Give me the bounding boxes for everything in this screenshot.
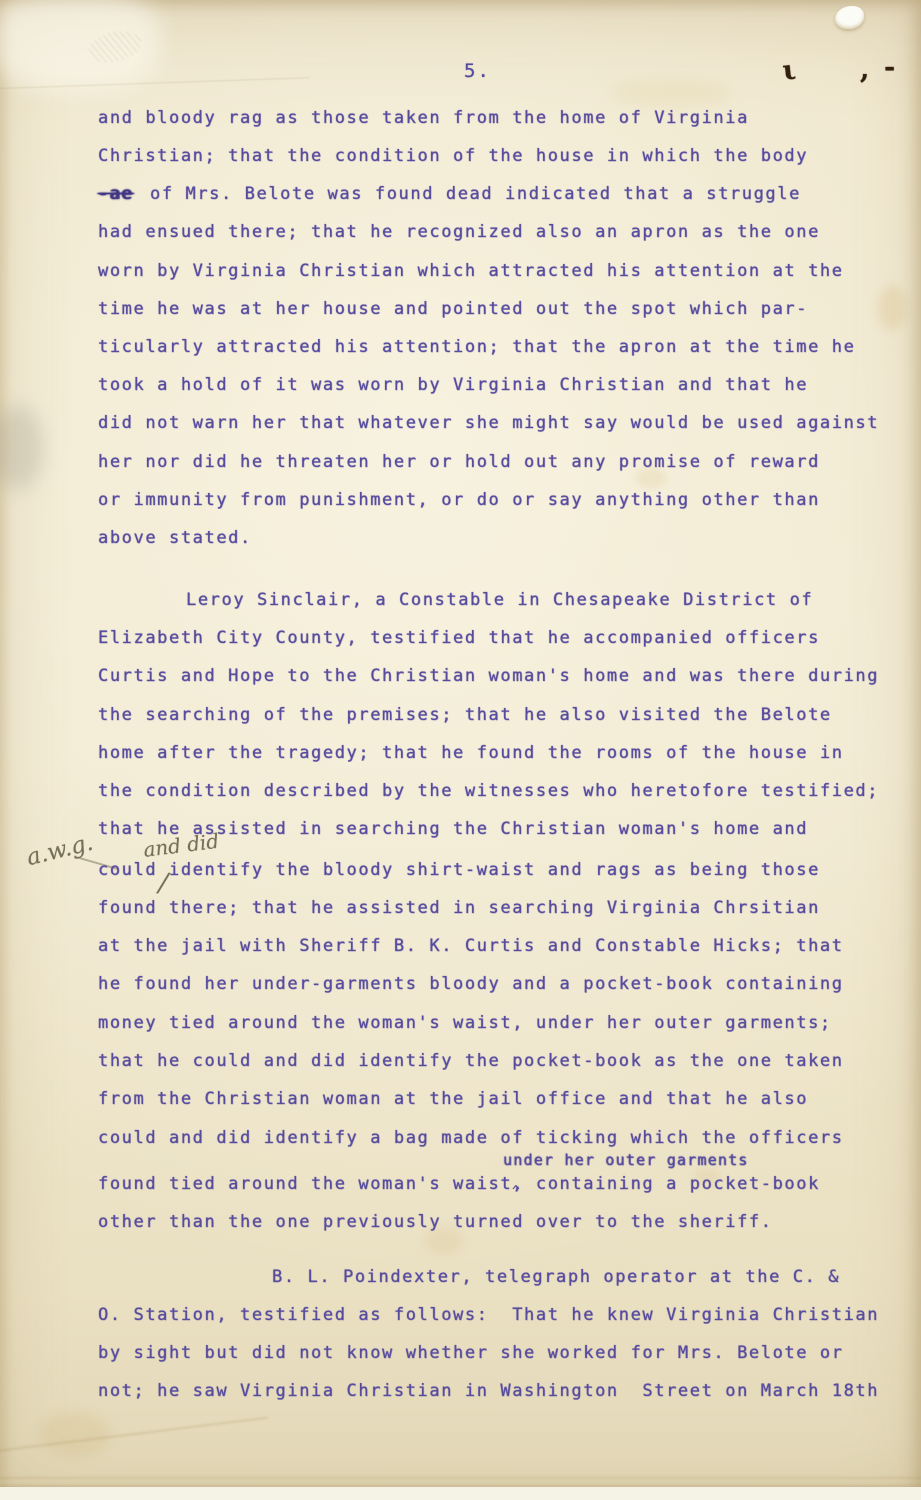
ink-mark-dash: - bbox=[884, 52, 895, 83]
tline: could and did identify a bag made of tic… bbox=[98, 1128, 844, 1148]
tline: not; he saw Virginia Christian in Washin… bbox=[98, 1381, 879, 1401]
ink-mark-hook: ι bbox=[781, 55, 797, 87]
tline: he found her under-garments bloody and a… bbox=[98, 974, 844, 994]
stain bbox=[40, 1412, 110, 1456]
tline: her nor did he threaten her or hold out … bbox=[98, 452, 820, 472]
tline: above stated. bbox=[98, 528, 252, 548]
tline: Christian; that the condition of the hou… bbox=[98, 146, 808, 166]
tline: found tied around the woman's waist, con… bbox=[98, 1174, 820, 1194]
tline: could identify the bloody shirt-waist an… bbox=[98, 860, 820, 880]
ink-mark-dot: , bbox=[860, 54, 869, 85]
typed-strikeout: -ae bbox=[98, 184, 134, 204]
tline: worn by Virginia Christian which attract… bbox=[98, 261, 844, 281]
tline: time he was at her house and pointed out… bbox=[98, 299, 808, 319]
page-bottom-edge bbox=[0, 1487, 921, 1500]
margin-initials: a.w.g. bbox=[24, 830, 96, 872]
tline: took a hold of it was worn by Virginia C… bbox=[98, 375, 808, 395]
tline: found there; that he assisted in searchi… bbox=[98, 898, 820, 918]
tline: Elizabeth City County, testified that he… bbox=[98, 628, 820, 648]
insertion-caret-pencil: ∕ bbox=[158, 868, 169, 899]
insertion-caret-typed: ^ bbox=[512, 1184, 520, 1199]
tline: did not warn her that whatever she might… bbox=[98, 413, 879, 433]
page-number: 5. bbox=[464, 60, 491, 82]
tline: and bloody rag as those taken from the h… bbox=[98, 108, 749, 128]
document-page: 5. and bloody rag as those taken from th… bbox=[0, 0, 921, 1500]
tline: ticularly attracted his attention; that … bbox=[98, 337, 855, 357]
stain bbox=[610, 80, 730, 106]
paper-crease bbox=[0, 1417, 268, 1454]
tline: at the jail with Sheriff B. K. Curtis an… bbox=[98, 936, 844, 956]
paper-crease bbox=[0, 1477, 921, 1479]
tline: that he could and did identify the pocke… bbox=[98, 1051, 844, 1071]
tline: the condition described by the witnesses… bbox=[98, 781, 879, 801]
tline: from the Christian woman at the jail off… bbox=[98, 1089, 808, 1109]
stain bbox=[878, 286, 906, 330]
tline: B. L. Poindexter, telegraph operator at … bbox=[272, 1267, 840, 1287]
tline: home after the tragedy; that he found th… bbox=[98, 743, 844, 763]
tline: by sight but did not know whether she wo… bbox=[98, 1343, 844, 1363]
tline: had ensued there; that he recognized als… bbox=[98, 222, 820, 242]
tline: Leroy Sinclair, a Constable in Chesapeak… bbox=[186, 590, 813, 610]
typed-interline-insert: under her outer garments bbox=[503, 1151, 749, 1169]
tline: the searching of the premises; that he a… bbox=[98, 705, 832, 725]
tline: of Mrs. Belote was found dead indicated … bbox=[150, 184, 801, 204]
left-edge-smudge bbox=[0, 406, 44, 490]
tline: money tied around the woman's waist, und… bbox=[98, 1013, 832, 1033]
tline: or immunity from punishment, or do or sa… bbox=[98, 490, 820, 510]
tline: other than the one previously turned ove… bbox=[98, 1212, 773, 1232]
paper-tear-chip bbox=[835, 6, 864, 29]
tline: Curtis and Hope to the Christian woman's… bbox=[98, 666, 879, 686]
tline: O. Station, testified as follows: That h… bbox=[98, 1305, 879, 1325]
